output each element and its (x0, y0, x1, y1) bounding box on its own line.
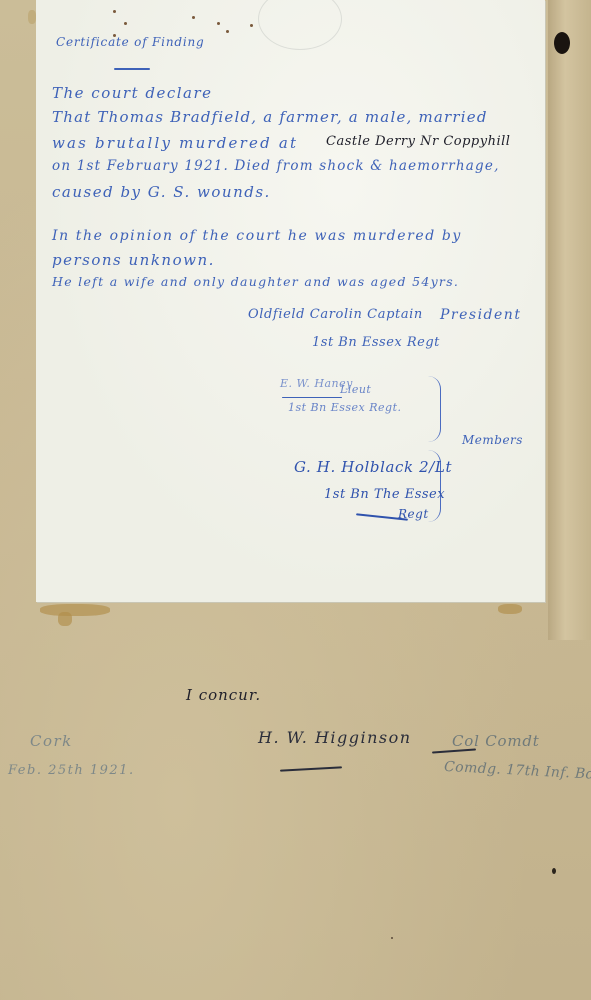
glue-stain (40, 604, 110, 616)
foxing-speck (217, 22, 220, 25)
foxing-speck (124, 22, 127, 25)
date-text: Feb. 25th 1921. (8, 764, 135, 777)
body-line-1: The court declare (52, 86, 213, 101)
endorsing-signature: H. W. Higginson (258, 730, 412, 746)
body-line-5: caused by G. S. wounds. (52, 185, 271, 200)
endorser-command: Comdg. 17th Inf. Bde (444, 760, 591, 782)
body-line-2: That Thomas Bradfield, a farmer, a male,… (52, 110, 488, 125)
concur-text: I concur. (186, 688, 261, 703)
member1-underline (282, 397, 342, 398)
body-line-3: was brutally murdered at (52, 136, 298, 151)
president-signature: Oldfield Carolin Captain (248, 308, 423, 321)
foxing-speck (226, 30, 229, 33)
embossed-stamp (258, 0, 342, 50)
member1-rank: Lieut (340, 384, 371, 395)
body-line-7: persons unknown. (52, 253, 215, 268)
members-brace-upper (428, 376, 441, 442)
body-line-6: In the opinion of the court he was murde… (52, 229, 462, 243)
member1-unit: 1st Bn Essex Regt. (288, 402, 402, 413)
members-label: Members (462, 434, 523, 446)
mount-fold (548, 0, 591, 640)
president-role: President (440, 308, 521, 322)
president-unit: 1st Bn Essex Regt (312, 336, 440, 349)
foxing-speck (192, 16, 195, 19)
foxing-speck (113, 10, 116, 13)
certificate-sheet: Certificate of Finding The court declare… (36, 0, 545, 602)
foxing-speck (250, 24, 253, 27)
glue-stain (498, 604, 522, 614)
place-text: Cork (30, 734, 73, 749)
glue-stain (58, 612, 72, 626)
title-underline (114, 68, 150, 70)
endorser-title: Col Comdt (452, 734, 540, 749)
certificate-title: Certificate of Finding (56, 36, 204, 48)
body-line-4: on 1st February 1921. Died from shock & … (52, 160, 500, 174)
body-line-8: He left a wife and only daughter and was… (52, 276, 459, 289)
dirt-speck (552, 868, 556, 874)
body-line-3-location: Castle Derry Nr Coppyhill (326, 135, 510, 148)
dirt-speck (391, 937, 393, 939)
punch-hole (554, 32, 570, 54)
member2-signature: G. H. Holblack 2/Lt (294, 460, 452, 475)
signature-underline (280, 766, 342, 771)
member2-unit-line1: 1st Bn The Essex (324, 488, 445, 501)
glue-stain (28, 10, 36, 24)
